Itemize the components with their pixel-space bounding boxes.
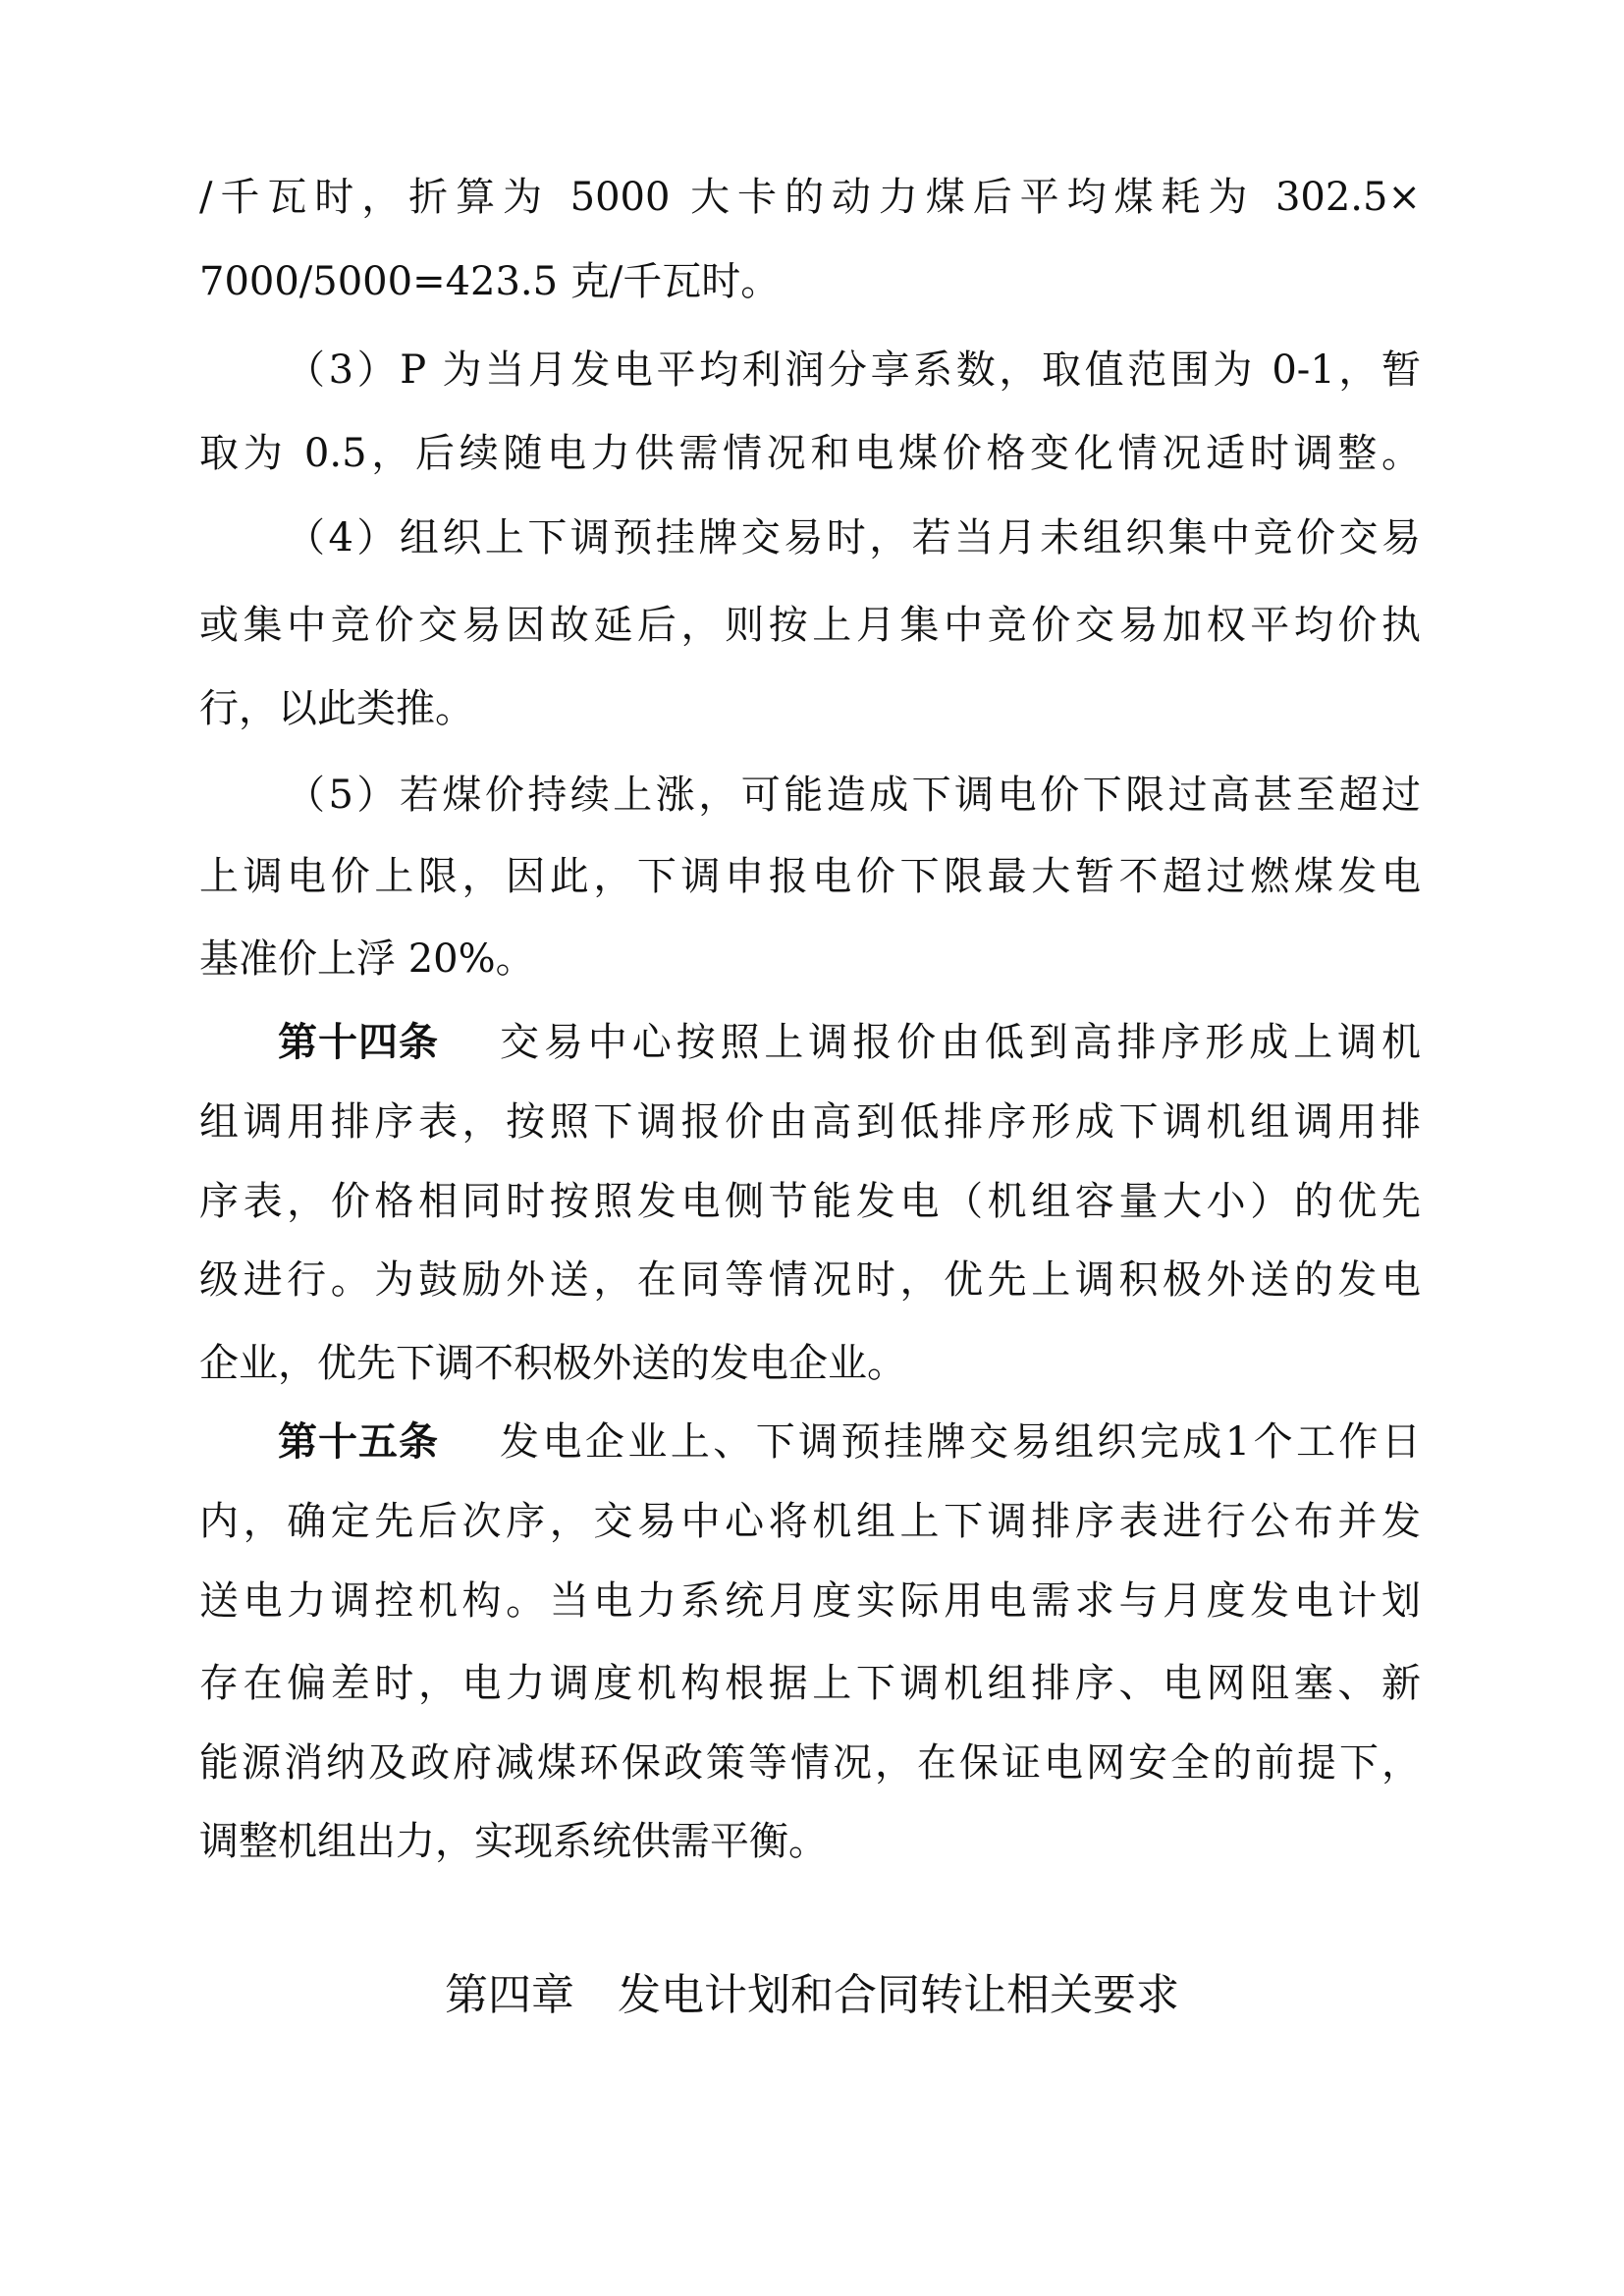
body-line: 存在偏差时，电力调度机构根据上下调机组排序、电网阻塞、新 [199, 1659, 1421, 1708]
body-line: 上调电价上限，因此，下调申报电价下限最大暂不超过燃煤发电 [199, 852, 1421, 901]
chapter-heading: 第四章发电计划和合同转让相关要求 [0, 1971, 1624, 2020]
document-page: /千瓦时，折算为 5000 大卡的动力煤后平均煤耗为 302.5× 7000/5… [0, 0, 1624, 2296]
article-title: 第十五条 [278, 1417, 439, 1467]
body-line: 企业，优先下调不积极外送的发电企业。 [199, 1339, 1421, 1388]
body-line: 组调用排序表，按照下调报价由高到低排序形成下调机组调用排 [199, 1097, 1421, 1147]
body-line: 级进行。为鼓励外送，在同等情况时，优先上调积极外送的发电 [199, 1255, 1421, 1305]
body-text: 交易中心按照上调报价由低到高排序形成上调机 [500, 1018, 1421, 1067]
body-line: 内，确定先后次序，交易中心将机组上下调排序表进行公布并发 [199, 1497, 1421, 1546]
body-line: 或集中竞价交易因故延后，则按上月集中竞价交易加权平均价执 [199, 601, 1421, 650]
body-line: /千瓦时，折算为 5000 大卡的动力煤后平均煤耗为 302.5× [199, 173, 1421, 222]
body-line: （4）组织上下调预挂牌交易时，若当月未组织集中竞价交易 [199, 513, 1421, 562]
article-14-first-line: 第十四条 交易中心按照上调报价由低到高排序形成上调机 [199, 1018, 1421, 1067]
body-line: （5）若煤价持续上涨，可能造成下调电价下限过高甚至超过 [199, 771, 1421, 820]
article-title: 第十四条 [278, 1018, 439, 1067]
body-line: 7000/5000=423.5 克/千瓦时。 [199, 257, 1421, 306]
body-line: （3）P 为当月发电平均利润分享系数，取值范围为 0-1，暂 [199, 346, 1421, 395]
body-line: 序表，价格相同时按照发电侧节能发电（机组容量大小）的优先 [199, 1177, 1421, 1226]
body-text: 发电企业上、下调预挂牌交易组织完成1个工作日 [500, 1417, 1421, 1467]
body-line: 取为 0.5，后续随电力供需情况和电煤价格变化情况适时调整。 [199, 429, 1421, 478]
body-line: 送电力调控机构。当电力系统月度实际用电需求与月度发电计划 [199, 1576, 1421, 1626]
article-15-first-line: 第十五条 发电企业上、下调预挂牌交易组织完成1个工作日 [199, 1417, 1421, 1467]
body-line: 基准价上浮 20%。 [199, 934, 1421, 984]
chapter-number: 第四章 [445, 1970, 574, 2020]
body-line: 调整机组出力，实现系统供需平衡。 [199, 1817, 1421, 1866]
chapter-title: 发电计划和合同转让相关要求 [618, 1970, 1179, 2020]
body-line: 能源消纳及政府减煤环保政策等情况，在保证电网安全的前提下， [199, 1738, 1421, 1788]
body-line: 行，以此类推。 [199, 684, 1421, 733]
